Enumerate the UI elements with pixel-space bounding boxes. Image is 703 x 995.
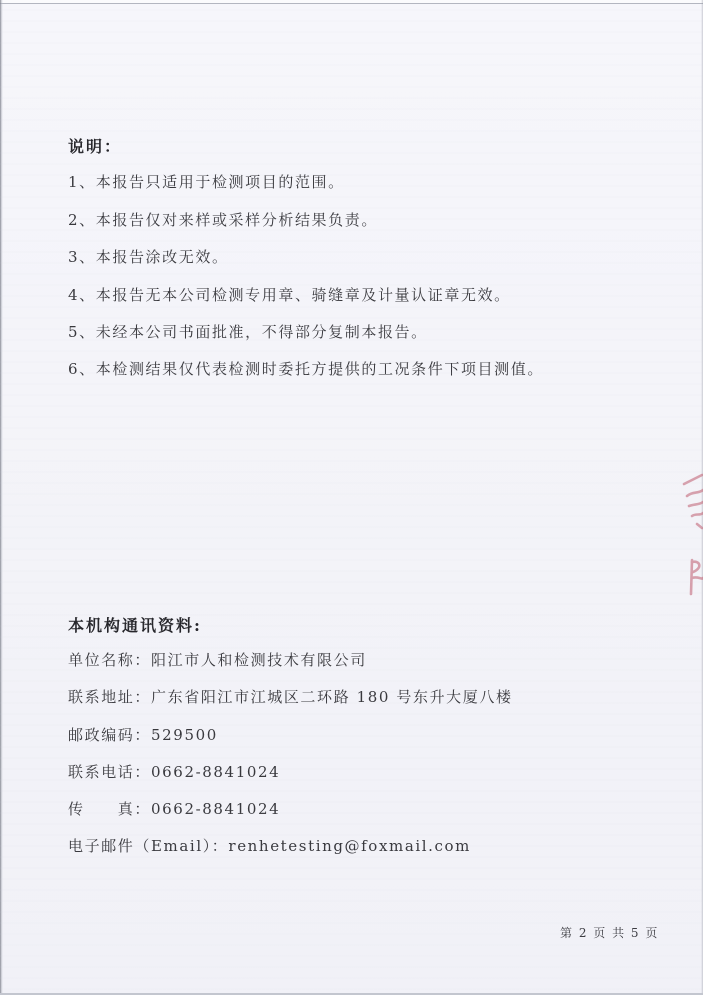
note-item-3: 3、本报告涂改无效。: [68, 246, 229, 267]
contact-value: 广东省阳江市江城区二环路 180 号东升大厦八楼: [151, 688, 513, 706]
stamp-stroke: [687, 490, 703, 496]
contact-label: 邮政编码：: [68, 726, 151, 744]
red-stamp-fragment: [671, 468, 703, 600]
contact-value: renhetesting@foxmail.com: [228, 837, 471, 855]
scan-edge-top: [0, 0, 703, 4]
contact-value: 529500: [151, 726, 218, 744]
contact-line-fax: 传 真：0662-8841024: [68, 798, 280, 819]
contact-line-company-name: 单位名称：阳江市人和检测技术有限公司: [68, 649, 367, 670]
stamp-stroke: [689, 502, 703, 506]
contact-line-phone: 联系电话：0662-8841024: [68, 761, 280, 782]
note-item-2: 2、本报告仅对来样或采样分析结果负责。: [68, 209, 378, 230]
contact-line-email: 电子邮件（Email）：renhetesting@foxmail.com: [68, 835, 471, 856]
contact-label: 联系地址：: [68, 688, 151, 706]
note-item-4: 4、本报告无本公司检测专用章、骑缝章及计量认证章无效。: [68, 284, 511, 305]
notes-heading: 说明：: [68, 134, 122, 157]
contact-value: 0662-8841024: [151, 800, 280, 818]
page-number: 第 2 页 共 5 页: [560, 924, 659, 941]
stamp-stroke: [684, 475, 702, 484]
note-item-1: 1、本报告只适用于检测项目的范围。: [68, 171, 345, 192]
contact-line-address: 联系地址：广东省阳江市江城区二环路 180 号东升大厦八楼: [68, 686, 513, 707]
stamp-stroke: [692, 513, 703, 516]
contact-line-postal-code: 邮政编码：529500: [68, 724, 218, 745]
contact-label: 联系电话：: [68, 763, 151, 781]
contact-label: 传 真：: [68, 800, 151, 818]
note-item-5: 5、未经本公司书面批准，不得部分复制本报告。: [68, 321, 428, 342]
note-item-6: 6、本检测结果仅代表检测时委托方提供的工况条件下项目测值。: [68, 358, 544, 379]
scan-edge-left: [0, 0, 3, 995]
stamp-stroke: [692, 577, 703, 578]
stamp-stroke: [697, 524, 702, 528]
scanned-document-page: 说明： 1、本报告只适用于检测项目的范围。 2、本报告仅对来样或采样分析结果负责…: [0, 0, 703, 995]
contact-label: 单位名称：: [68, 651, 151, 669]
contact-value: 阳江市人和检测技术有限公司: [151, 651, 367, 669]
contact-label: 电子邮件（Email）：: [68, 837, 228, 855]
contact-heading: 本机构通讯资料:: [68, 613, 202, 636]
contact-value: 0662-8841024: [151, 763, 280, 781]
